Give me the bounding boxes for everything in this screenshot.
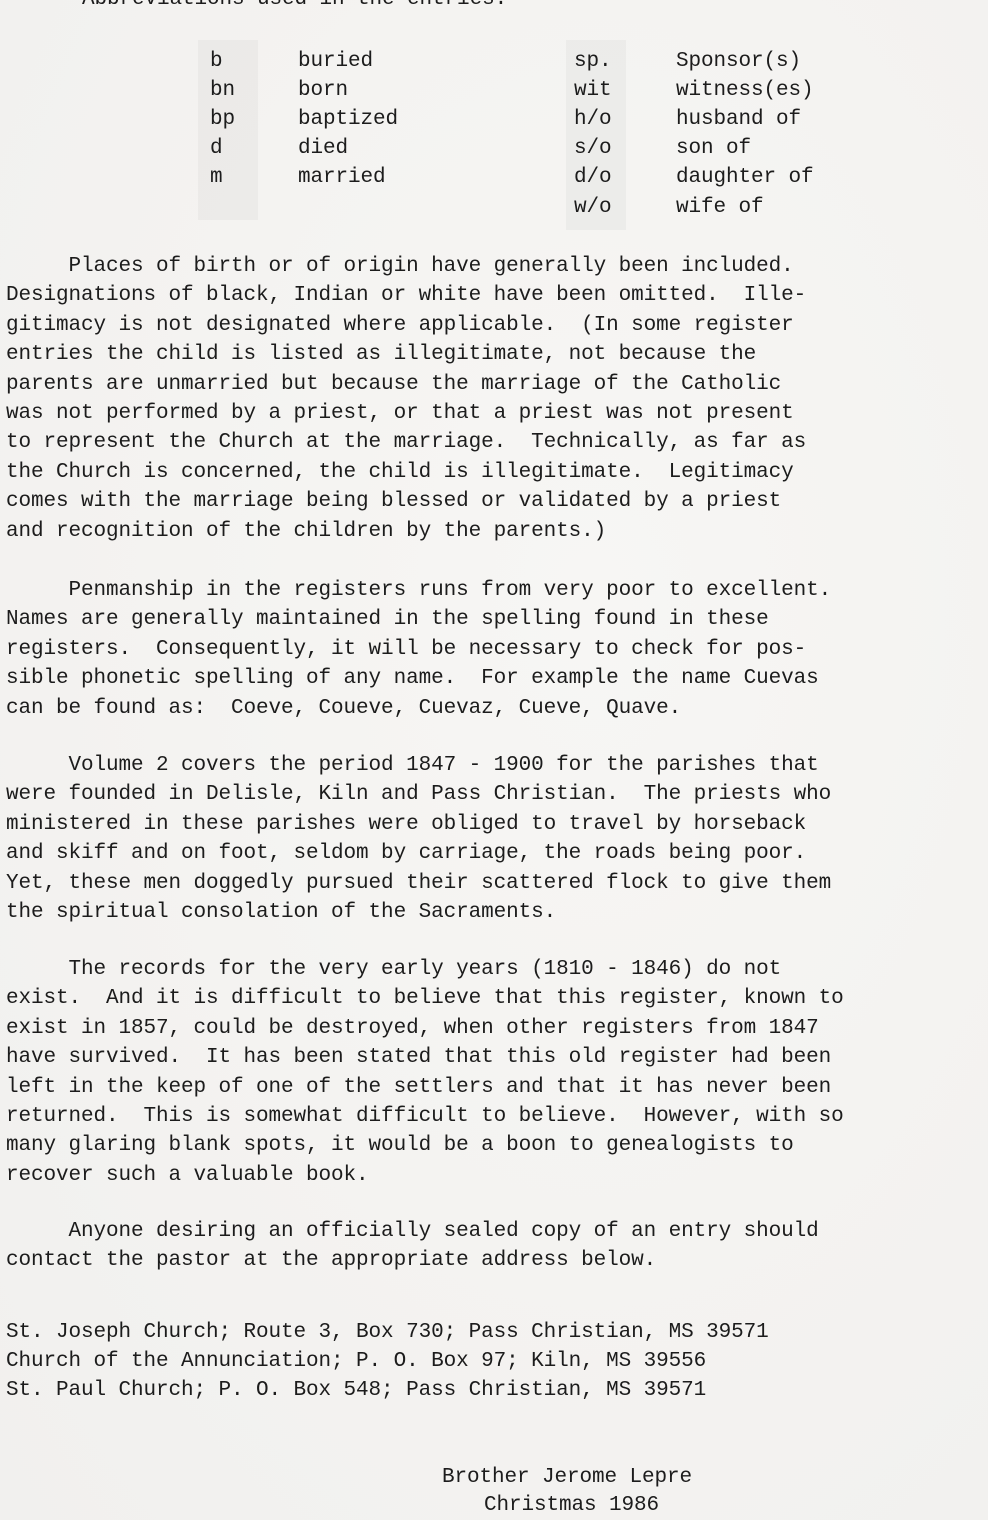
paragraph-line: Penmanship in the registers runs from ve… (6, 579, 831, 603)
paragraph-line: parents are unmarried but because the ma… (6, 373, 781, 397)
abbr-meaning: daughter of (676, 166, 814, 190)
paragraph-line: and recognition of the children by the p… (6, 520, 606, 544)
paragraph-line: ministered in these parishes were oblige… (6, 813, 806, 837)
paragraph-line: returned. This is somewhat difficult to … (6, 1105, 844, 1129)
paragraph-line: contact the pastor at the appropriate ad… (6, 1249, 656, 1273)
paragraph-line: entries the child is listed as illegitim… (6, 343, 756, 367)
paragraph-line: to represent the Church at the marriage.… (6, 431, 806, 455)
signature-date: Christmas 1986 (484, 1494, 659, 1518)
paragraph-line: was not performed by a priest, or that a… (6, 402, 794, 426)
paragraph-line: gitimacy is not designated where applica… (6, 314, 794, 338)
address-line: St. Joseph Church; Route 3, Box 730; Pas… (6, 1321, 769, 1345)
paragraph-line: exist. And it is difficult to believe th… (6, 987, 844, 1011)
paragraph-line: comes with the marriage being blessed or… (6, 490, 781, 514)
abbr-code: bp (210, 108, 235, 132)
abbr-meaning: buried (298, 50, 373, 74)
signature-name: Brother Jerome Lepre (442, 1466, 692, 1490)
abbr-meaning: Sponsor(s) (676, 50, 801, 74)
paragraph-line: exist in 1857, could be destroyed, when … (6, 1017, 819, 1041)
paragraph-line: Yet, these men doggedly pursued their sc… (6, 872, 831, 896)
paragraph-line: registers. Consequently, it will be nece… (6, 638, 806, 662)
abbr-meaning: died (298, 137, 348, 161)
abbr-meaning: wife of (676, 196, 764, 220)
paragraph-line: The records for the very early years (18… (6, 958, 781, 982)
paragraph-line: Anyone desiring an officially sealed cop… (6, 1220, 819, 1244)
paragraph-line: the Church is concerned, the child is il… (6, 461, 794, 485)
abbr-code: w/o (574, 196, 612, 220)
abbr-meaning: son of (676, 137, 751, 161)
paragraph-line: recover such a valuable book. (6, 1164, 369, 1188)
abbr-meaning: witness(es) (676, 79, 814, 103)
paragraph-line: have survived. It has been stated that t… (6, 1046, 831, 1070)
address-line: St. Paul Church; P. O. Box 548; Pass Chr… (6, 1379, 706, 1403)
paragraph-line: many glaring blank spots, it would be a … (6, 1134, 794, 1158)
paragraph-line: Designations of black, Indian or white h… (6, 284, 806, 308)
paragraph-line: can be found as: Coeve, Coueve, Cuevaz, … (6, 697, 681, 721)
abbr-code: d/o (574, 166, 612, 190)
abbr-code: d (210, 137, 223, 161)
abbr-code: m (210, 166, 223, 190)
abbr-code: bn (210, 79, 235, 103)
paragraph-line: the spiritual consolation of the Sacrame… (6, 901, 556, 925)
abbr-meaning: born (298, 79, 348, 103)
paragraph-line: were founded in Delisle, Kiln and Pass C… (6, 783, 831, 807)
paragraph-line: Places of birth or of origin have genera… (6, 255, 794, 279)
abbr-meaning: husband of (676, 108, 801, 132)
paragraph-line: and skiff and on foot, seldom by carriag… (6, 842, 806, 866)
document-page: Abbreviations used in the entries: b bur… (0, 0, 988, 1520)
paragraph-line: left in the keep of one of the settlers … (6, 1076, 831, 1100)
abbreviations-heading: Abbreviations used in the entries: (82, 0, 507, 12)
abbr-code: b (210, 50, 223, 74)
paragraph-line: Volume 2 covers the period 1847 - 1900 f… (6, 754, 819, 778)
abbr-code: s/o (574, 137, 612, 161)
paragraph-line: Names are generally maintained in the sp… (6, 608, 769, 632)
address-line: Church of the Annunciation; P. O. Box 97… (6, 1350, 706, 1374)
abbr-code: sp. (574, 50, 612, 74)
abbr-code: h/o (574, 108, 612, 132)
paragraph-line: sible phonetic spelling of any name. For… (6, 667, 819, 691)
abbr-meaning: married (298, 166, 386, 190)
abbr-meaning: baptized (298, 108, 398, 132)
abbr-code: wit (574, 79, 612, 103)
